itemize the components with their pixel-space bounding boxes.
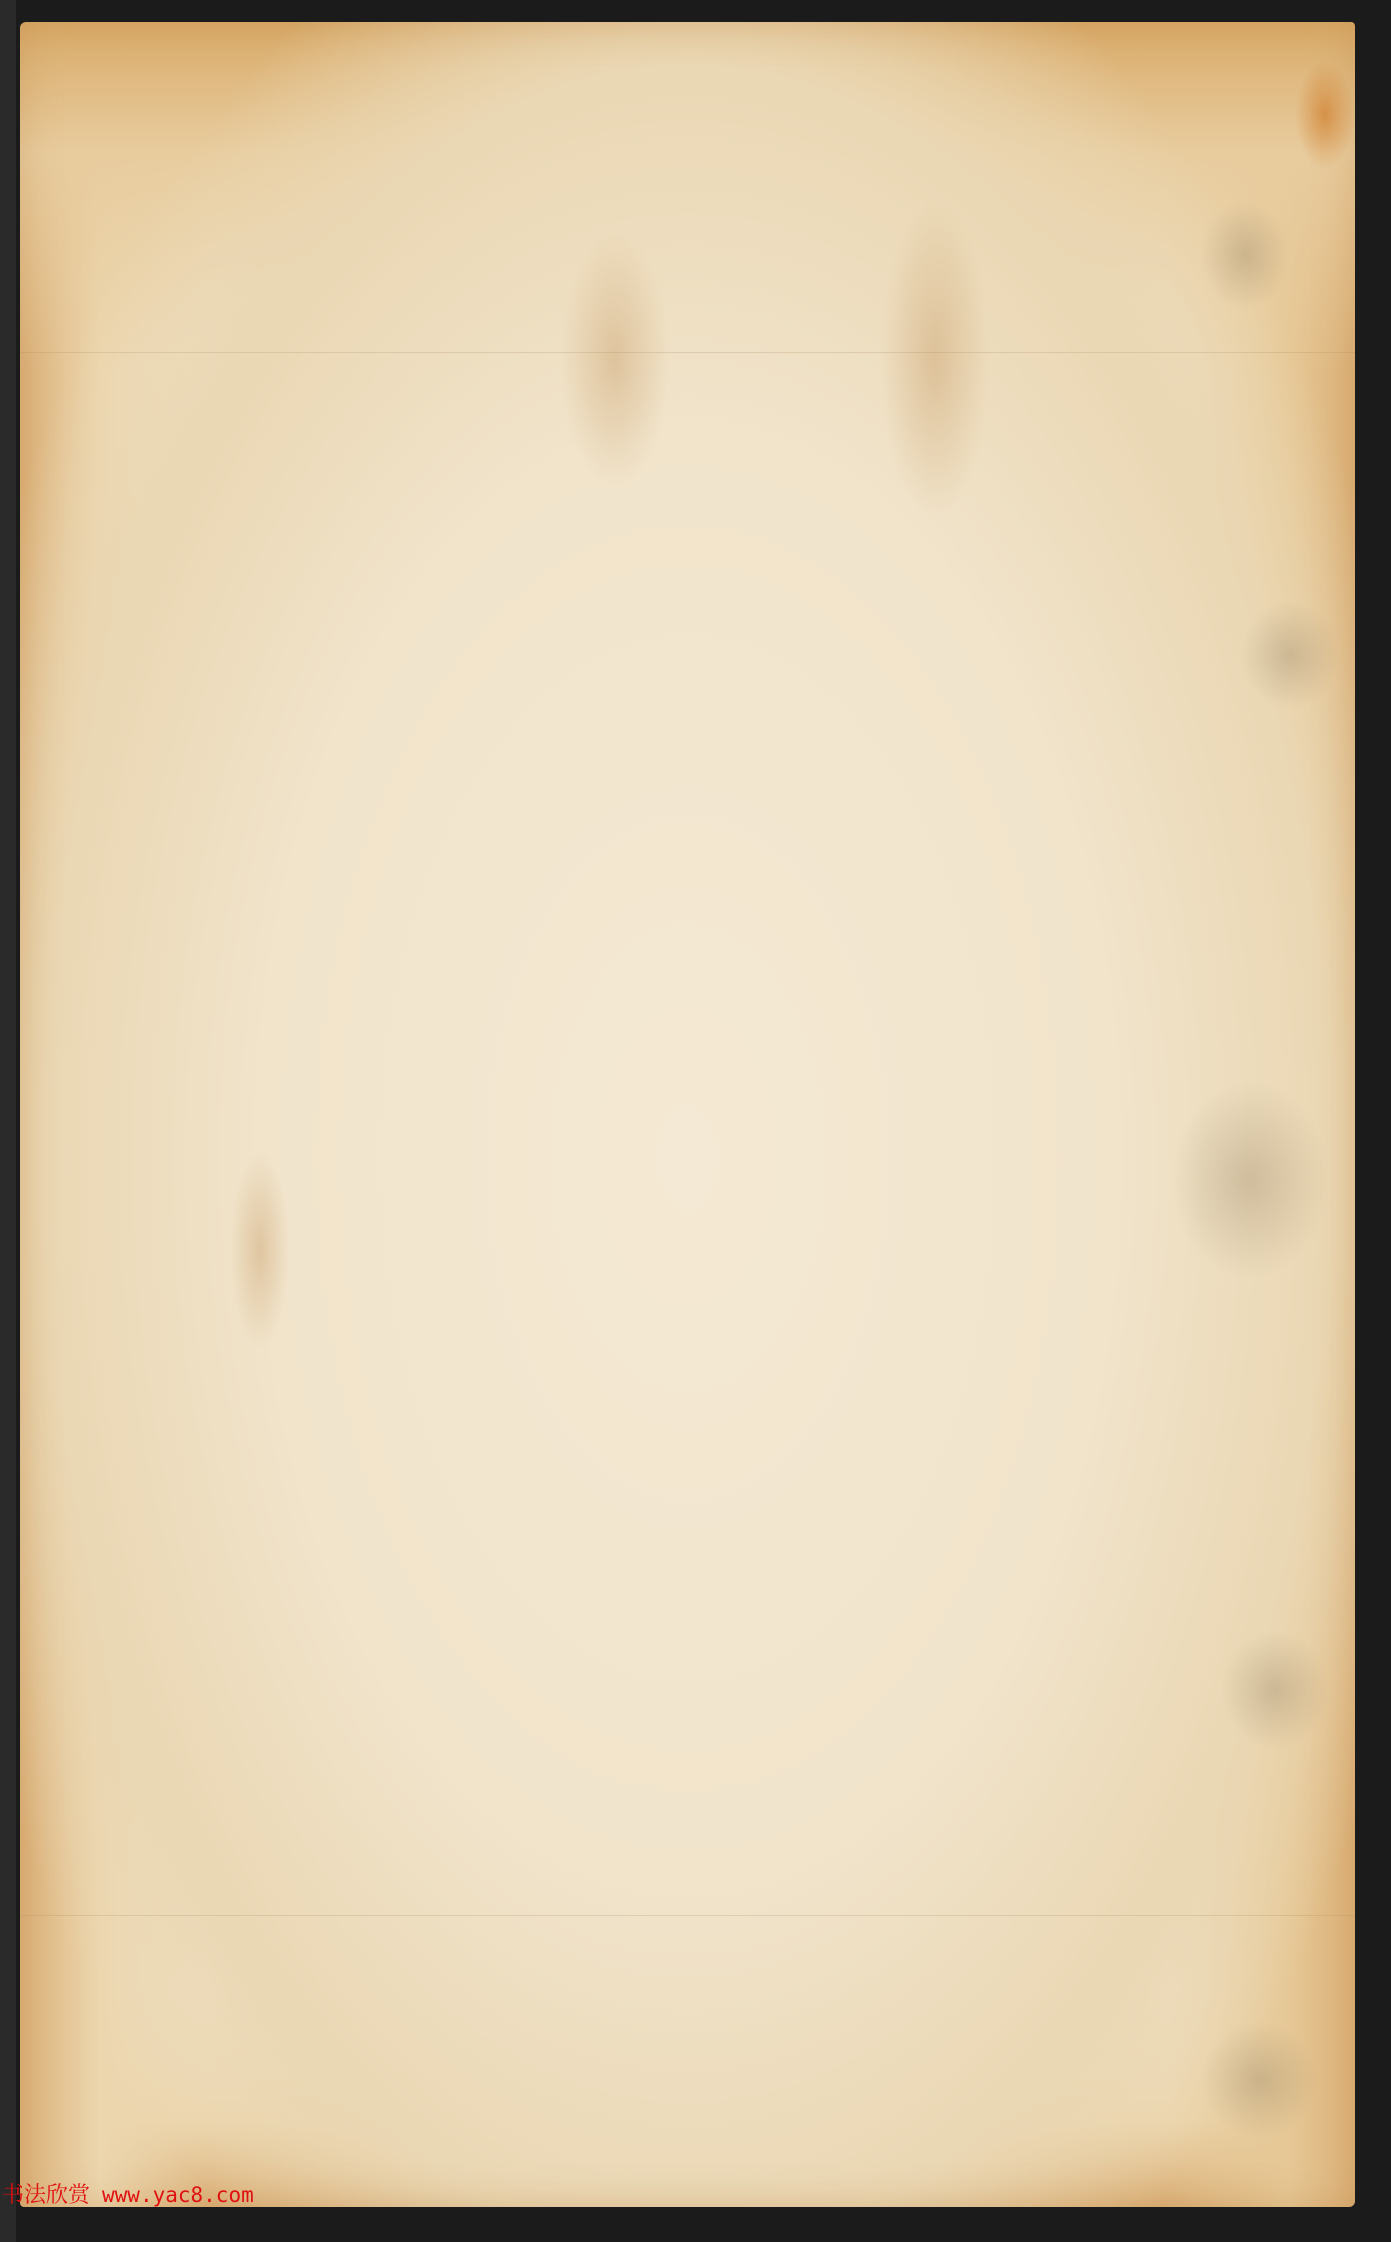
fold-line-top [20, 352, 1355, 353]
paper-page [20, 22, 1355, 2207]
foxing-stain [1170, 1080, 1330, 1280]
scan-background-strip [0, 0, 16, 2242]
foxing-stain [1240, 600, 1340, 710]
corner-stain [1295, 60, 1355, 170]
fold-line-bottom [20, 1915, 1355, 1916]
foxing-stain [560, 230, 670, 490]
watermark: 书法欣赏www.yac8.com [2, 2178, 254, 2209]
foxing-stain [880, 200, 990, 520]
foxing-stain [1220, 1630, 1330, 1750]
foxing-stain [1200, 200, 1290, 310]
foxing-stain [230, 1150, 290, 1350]
foxing-stain [1200, 2020, 1320, 2140]
watermark-label: 书法欣赏 [2, 2183, 90, 2208]
watermark-url: www.yac8.com [102, 2183, 254, 2207]
